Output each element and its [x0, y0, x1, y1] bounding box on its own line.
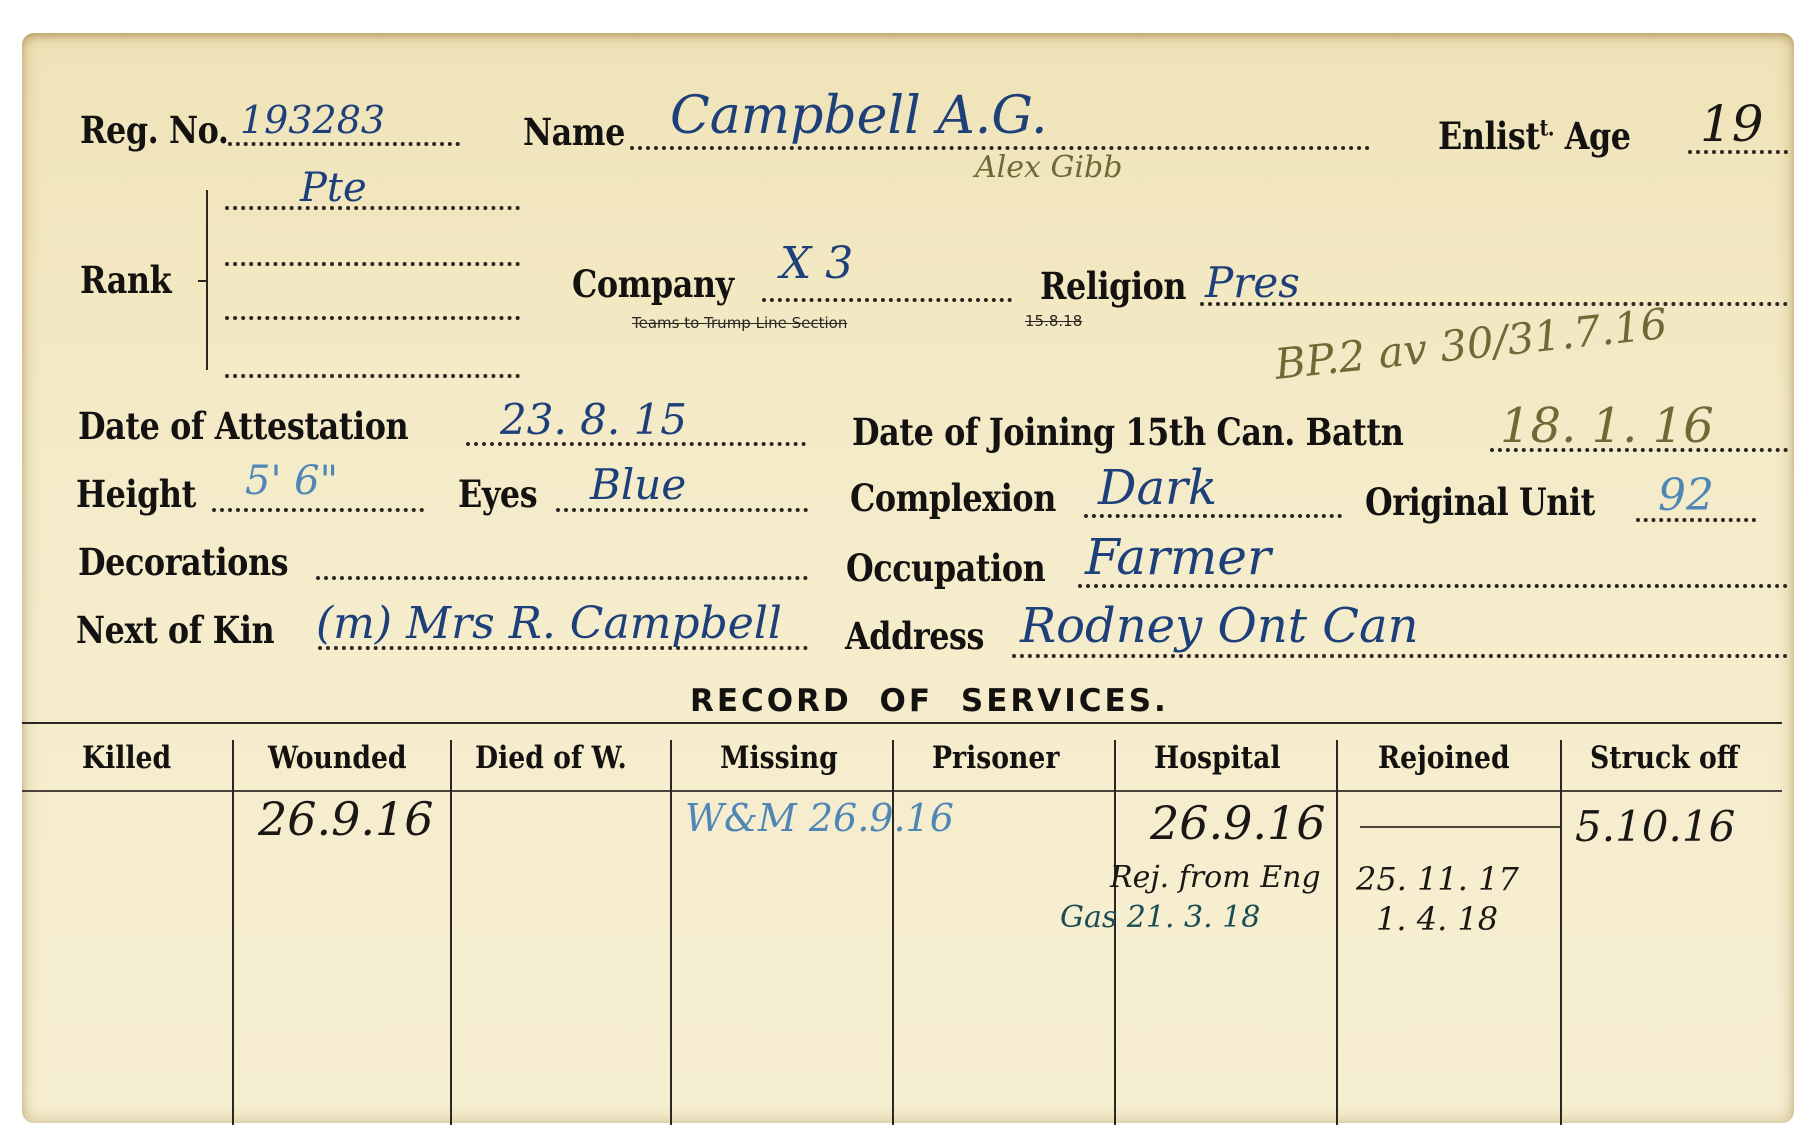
reg-no-line — [228, 142, 460, 146]
col-divider-6 — [1336, 740, 1338, 1125]
col-divider-2 — [450, 740, 452, 1125]
height-line — [212, 508, 424, 512]
occupation-label: Occupation — [846, 546, 1045, 590]
name-value: Campbell A.G. — [670, 86, 1048, 146]
occupation-value: Farmer — [1085, 528, 1271, 586]
address-value: Rodney Ont Can — [1020, 598, 1419, 654]
joining-value: 18. 1. 16 — [1500, 398, 1714, 454]
col-header-died-of-wounds: Died of W. — [475, 740, 627, 776]
rank-line-1 — [225, 206, 520, 210]
name-label: Name — [523, 110, 625, 154]
eyes-value: Blue — [590, 460, 686, 509]
col-divider-1 — [232, 740, 234, 1125]
rank-line-3 — [225, 316, 520, 320]
rank-value: Pte — [300, 165, 367, 211]
rejoined-dash-line — [1360, 826, 1560, 828]
company-struck-note: Teams to Trump Line Section — [632, 314, 847, 332]
rank-brace-tick — [198, 280, 208, 282]
col-header-hospital: Hospital — [1154, 740, 1280, 776]
hospital-entry-2: Rej. from Eng — [1110, 860, 1321, 895]
enlist-age-value: 19 — [1700, 95, 1764, 153]
col-divider-3 — [670, 740, 672, 1125]
struck-off-entry: 5.10.16 — [1575, 802, 1735, 851]
address-line — [1012, 654, 1788, 658]
original-unit-value: 92 — [1658, 470, 1714, 521]
address-label: Address — [845, 614, 984, 658]
decorations-line — [316, 576, 808, 580]
height-value: 5' 6" — [245, 458, 338, 504]
hospital-entry-3: Gas 21. 3. 18 — [1060, 900, 1260, 935]
col-divider-7 — [1560, 740, 1562, 1125]
enlist-age-label: Enlistt. Age — [1438, 114, 1631, 158]
reg-no-label: Reg. No. — [80, 108, 228, 152]
company-value: X 3 — [780, 238, 853, 289]
reg-no-value: 193283 — [240, 98, 385, 142]
next-of-kin-value: (m) Mrs R. Campbell — [316, 598, 782, 649]
attestation-label: Date of Attestation — [78, 404, 408, 448]
name-annotation: Alex Gibb — [975, 150, 1122, 185]
col-header-killed: Killed — [82, 740, 171, 776]
company-label: Company — [572, 262, 734, 306]
rejoined-entry-3: 1. 4. 18 — [1376, 900, 1498, 938]
eyes-label: Eyes — [458, 472, 537, 516]
wounded-entry: 26.9.16 — [258, 792, 434, 846]
rejoined-entry-2: 25. 11. 17 — [1356, 860, 1519, 898]
col-header-missing: Missing — [720, 740, 838, 776]
missing-entry: W&M 26.9.16 — [685, 796, 954, 840]
col-header-rejoined: Rejoined — [1378, 740, 1510, 776]
hospital-entry-1: 26.9.16 — [1150, 796, 1326, 850]
decorations-label: Decorations — [78, 540, 288, 584]
rank-line-4 — [225, 374, 520, 378]
next-of-kin-label: Next of Kin — [76, 608, 274, 652]
col-header-prisoner: Prisoner — [932, 740, 1059, 776]
rank-line-2 — [225, 262, 520, 266]
rank-label: Rank — [80, 258, 171, 302]
height-label: Height — [76, 472, 196, 516]
col-header-wounded: Wounded — [268, 740, 407, 776]
complexion-label: Complexion — [850, 476, 1056, 520]
col-header-struck-off: Struck off — [1590, 740, 1739, 776]
religion-label: Religion — [1040, 264, 1186, 308]
original-unit-label: Original Unit — [1365, 480, 1595, 524]
religion-struck-note: 15.8.18 — [1025, 312, 1082, 330]
joining-label: Date of Joining 15th Can. Battn — [852, 410, 1403, 454]
table-top-rule — [22, 722, 1782, 724]
attestation-value: 23. 8. 15 — [500, 395, 687, 444]
religion-value: Pres — [1205, 258, 1300, 307]
complexion-value: Dark — [1098, 460, 1217, 516]
company-line — [762, 298, 1012, 302]
record-of-services-title: RECORD OF SERVICES. — [690, 683, 1169, 719]
